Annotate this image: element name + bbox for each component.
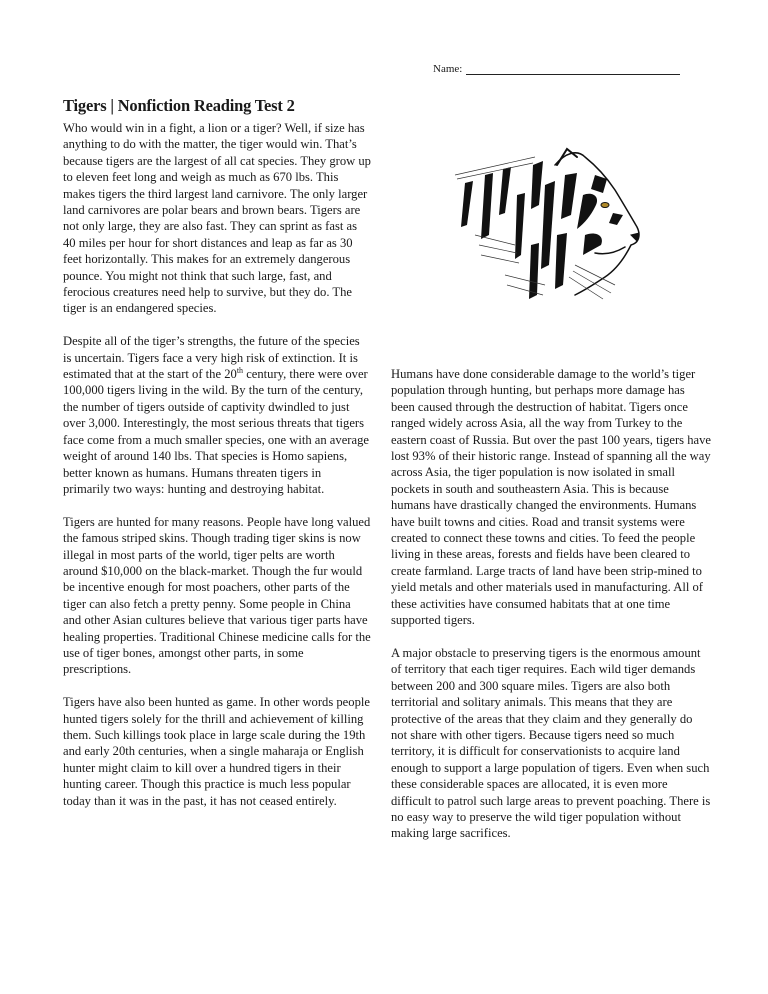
right-column: Humans have done considerable damage to …	[391, 366, 711, 858]
paragraph-intro: Who would win in a fight, a lion or a ti…	[63, 120, 371, 317]
name-blank-line[interactable]	[466, 64, 680, 75]
paragraph-threats: Despite all of the tiger’s strengths, th…	[63, 333, 371, 497]
name-field[interactable]: Name:	[433, 63, 680, 75]
left-column: Who would win in a fight, a lion or a ti…	[63, 120, 371, 825]
paragraph-game: Tigers have also been hunted as game. In…	[63, 694, 371, 809]
paragraph-hunting: Tigers are hunted for many reasons. Peop…	[63, 514, 371, 678]
paragraph-territory: A major obstacle to preserving tigers is…	[391, 645, 711, 842]
tiger-illustration	[445, 135, 660, 315]
paragraph-text: century, there were over 100,000 tigers …	[63, 367, 369, 496]
name-label: Name:	[433, 63, 462, 75]
tiger-head-icon	[445, 135, 660, 315]
paragraph-habitat: Humans have done considerable damage to …	[391, 366, 711, 629]
page-title: Tigers | Nonfiction Reading Test 2	[63, 96, 295, 116]
